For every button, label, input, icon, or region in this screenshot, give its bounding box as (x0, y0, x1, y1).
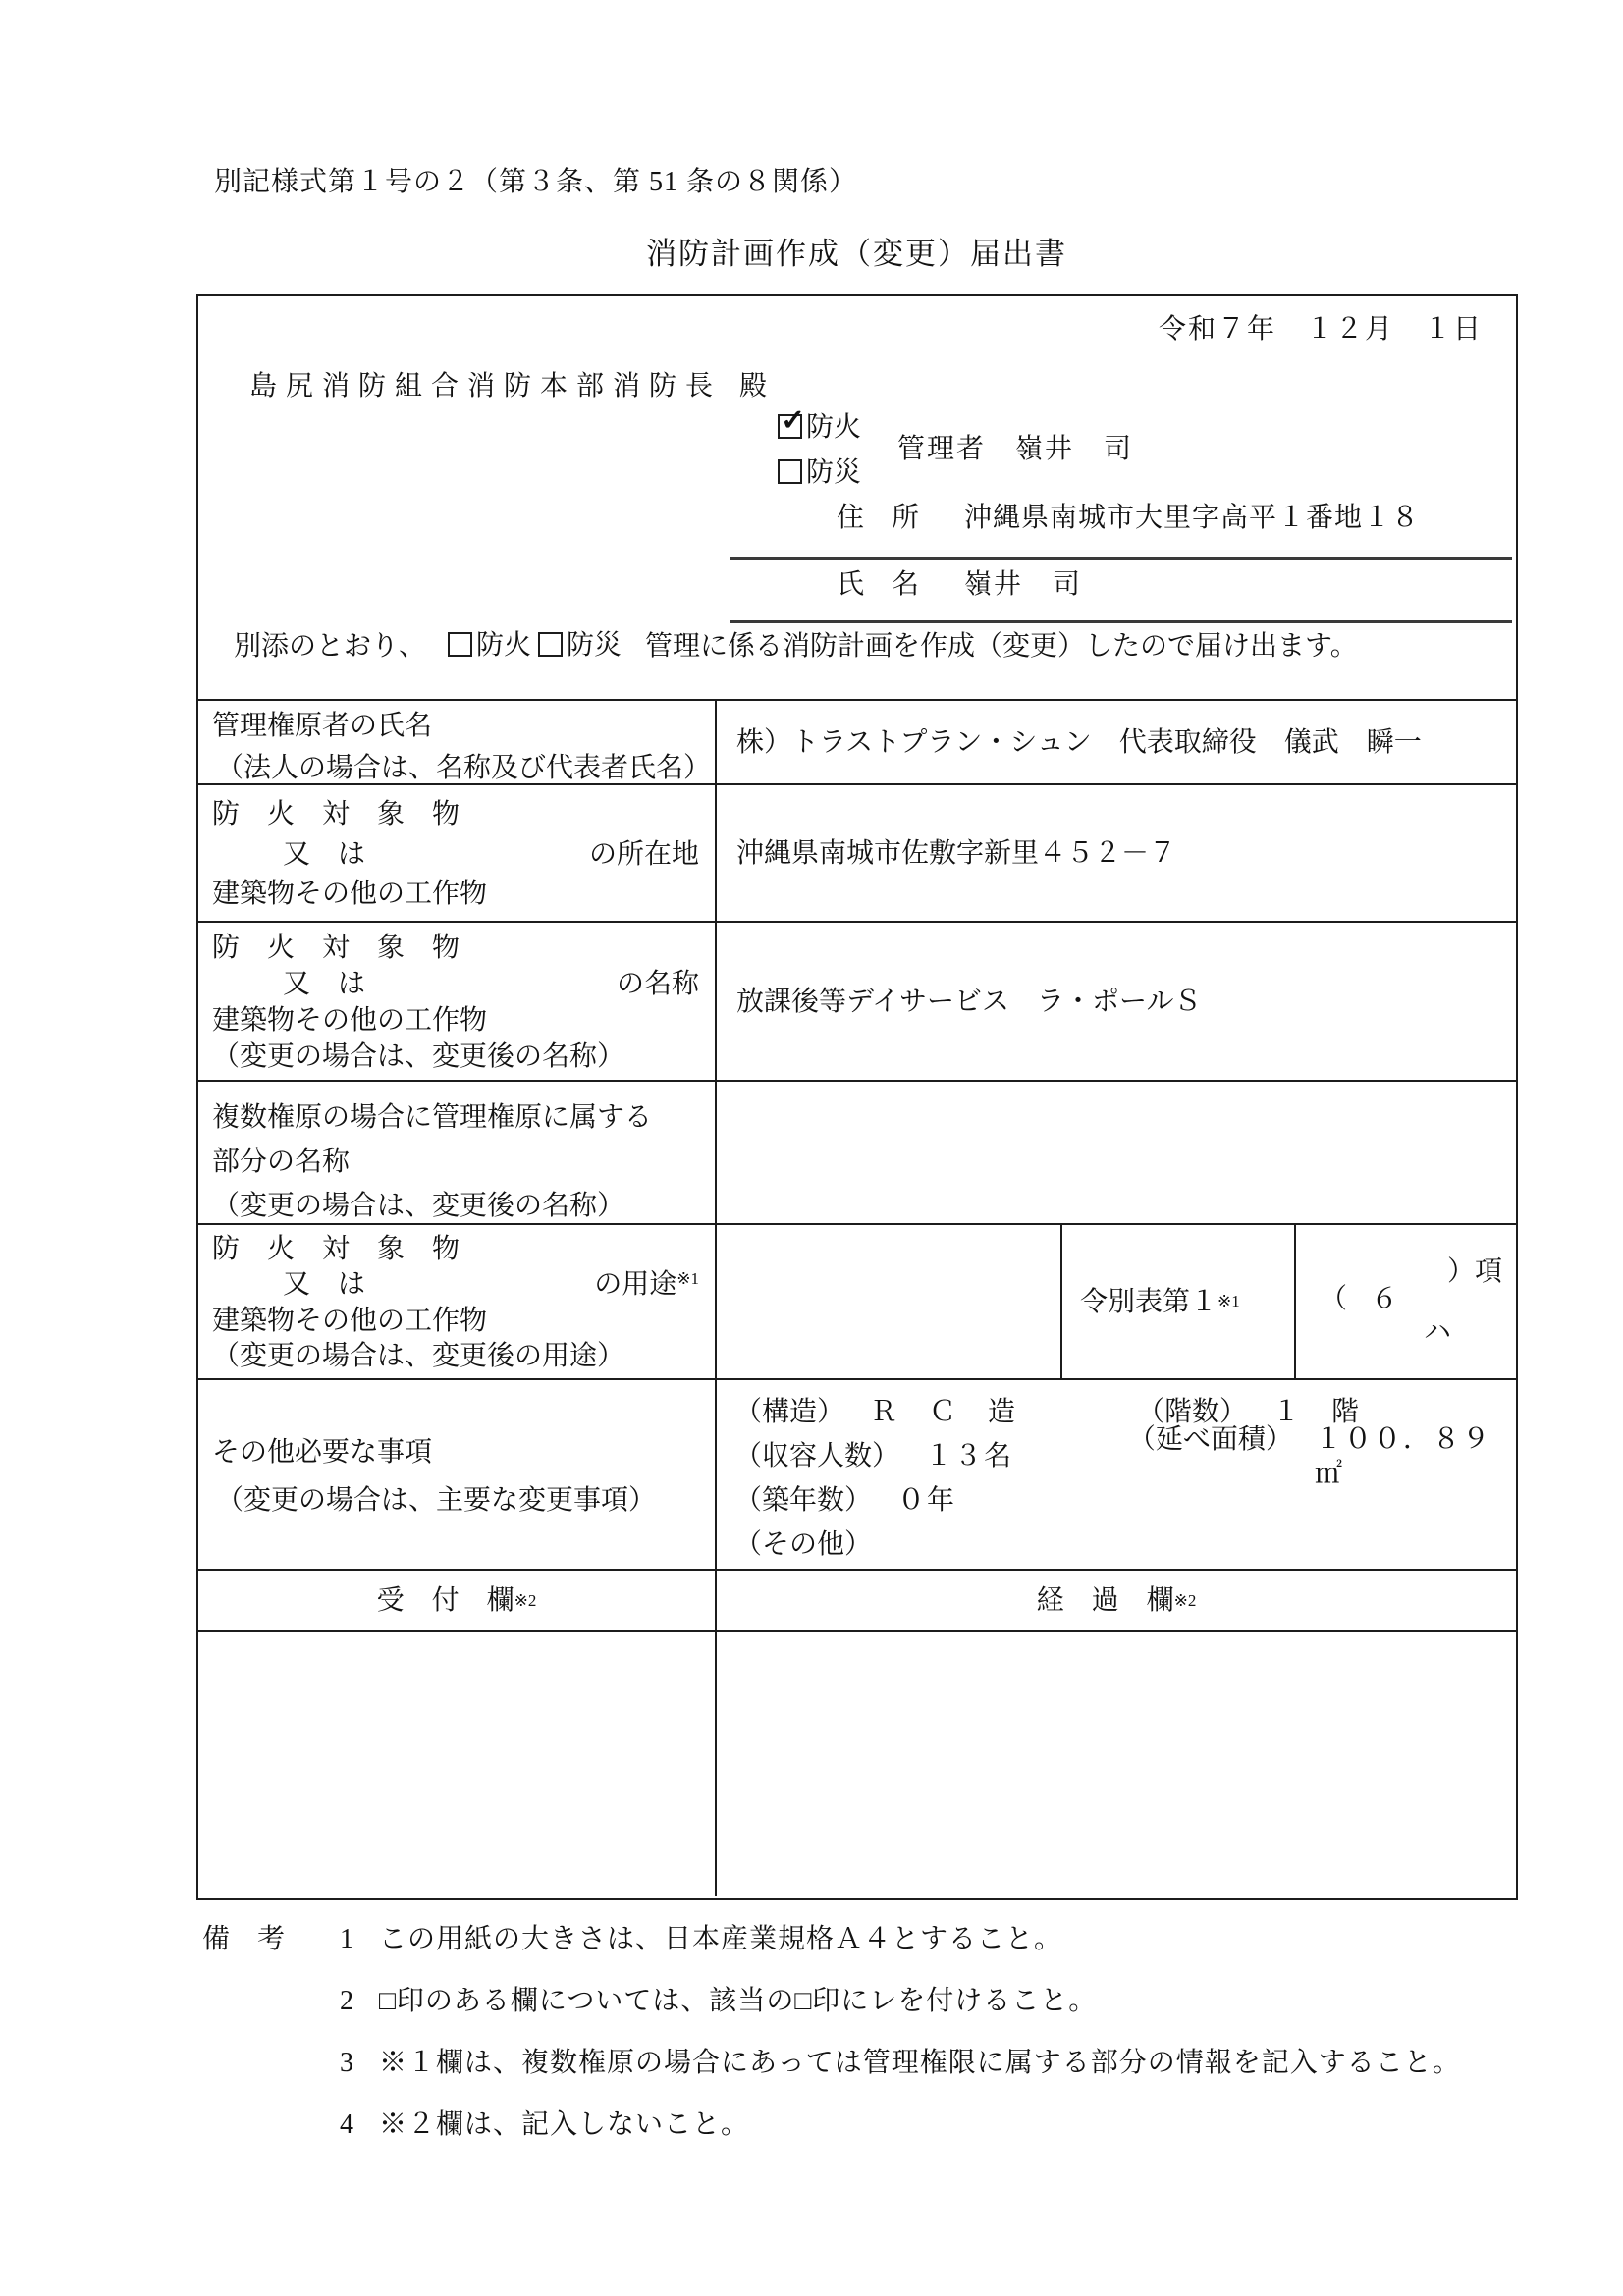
label-text: 建築物その他の工作物 (212, 1003, 705, 1038)
reference-mark: ※1 (1217, 1291, 1240, 1311)
remark-item: 3※１欄は、複数権原の場合にあっては管理権限に属する部分の情報を記入すること。 (202, 2046, 1461, 2080)
table-row-stamp-area (198, 1630, 1516, 1896)
label-text: の所在地 (589, 837, 705, 872)
page-title: 消防計画作成（変更）届出書 (196, 236, 1517, 274)
address-value: 沖縄県南城市大里字高平１番地１８ (964, 503, 1420, 533)
label-text: 建築物その他の工作物 (212, 877, 705, 911)
disaster-checkbox-line: 防災 (778, 455, 861, 501)
remark-item: 2□印のある欄については、該当の□印にレを付けること。 (202, 1984, 1461, 2018)
etc-fact: （その他） (734, 1527, 1137, 1562)
table-row-use: 防 火 対 象 物 又 は の用途※1 建築物その他の工作物 （変更の場合は、変… (198, 1223, 1516, 1378)
remark-text: □印のある欄については、該当の□印にレを付けること。 (379, 1984, 1097, 2018)
label-note: （変更の場合は、変更後の名称） (212, 1040, 705, 1074)
object-name-label: 防 火 対 象 物 又 は の名称 建築物その他の工作物 （変更の場合は、変更後… (198, 923, 717, 1080)
area-value: １００．８９㎡ (1315, 1422, 1516, 1491)
other-matters-label: その他必要な事項 （変更の場合は、主要な変更事項） (198, 1380, 717, 1569)
form-reference: 別記様式第１号の２（第３条、第 51 条の８関係） (214, 165, 857, 199)
progress-label: 経 過 欄 (1037, 1583, 1174, 1618)
object-name-value: 放課後等デイサービス ラ・ポールＳ (717, 923, 1516, 1080)
label-text: 防 火 対 象 物 (212, 931, 705, 965)
value-text: 株）トラストプラン・シュン 代表取締役 儀武 瞬一 (736, 725, 1422, 760)
remark-number: 1 (340, 1922, 379, 1956)
etc-label: （その他） (734, 1527, 872, 1562)
remark-number: 3 (340, 2046, 379, 2080)
item-subcategory: ハ (1424, 1315, 1451, 1350)
label-split-line: 又 は の用途※1 (212, 1267, 705, 1302)
value-text: 沖縄県南城市佐敷字新里４５２－７ (736, 836, 1176, 871)
addressee-name: 島尻消防組合消防本部消防長 (249, 371, 722, 401)
item-number: ６ (1371, 1282, 1398, 1316)
addressee: 島尻消防組合消防本部消防長殿 (249, 369, 776, 403)
form-table: 令和７年 １２月 １日 島尻消防組合消防本部消防長殿 ✓防火 防災 管理者 嶺井… (196, 294, 1518, 1900)
reception-label: 受 付 欄 (377, 1583, 514, 1618)
addressee-honorific: 殿 (739, 371, 776, 401)
table-row-other-matters: その他必要な事項 （変更の場合は、主要な変更事項） （構造）Ｒ Ｃ 造 （階数）… (198, 1378, 1516, 1569)
statement-checkboxes: 防火 防災 (448, 626, 622, 666)
label-text: 管理権原者の氏名 (212, 709, 705, 743)
label-note: （変更の場合は、変更後の用途） (212, 1339, 705, 1373)
use-label: 防 火 対 象 物 又 は の用途※1 建築物その他の工作物 （変更の場合は、変… (198, 1225, 717, 1378)
remark-item: 備 考1この用紙の大きさは、日本産業規格Ａ４とすること。 (202, 1922, 1461, 1956)
fact-line: （その他） (734, 1522, 1516, 1567)
label-text: 部分の名称 (212, 1140, 705, 1184)
building-age-fact: （築年数）０年 (734, 1483, 1137, 1518)
label-note: （変更の場合は、変更後の名称） (212, 1184, 705, 1228)
statement-line: 別添のとおり、 防火 防災 管理に係る消防計画を作成（変更）したので届け出ます。 (234, 626, 1358, 666)
structure-fact: （構造）Ｒ Ｃ 造 (734, 1395, 1137, 1429)
reception-area (198, 1632, 717, 1896)
location-label: 防 火 対 象 物 又 は の所在地 建築物その他の工作物 (198, 785, 717, 921)
statement-fire-line: 防火 (448, 630, 531, 661)
address-label: 住 所 (837, 503, 919, 533)
label-text: の名称 (617, 967, 705, 1001)
disaster-checkbox-label: 防災 (806, 457, 861, 488)
label-text-with-sup: の用途※1 (594, 1267, 705, 1302)
multiple-right-value (717, 1082, 1516, 1223)
manager-authority-label: 管理権原者の氏名 （法人の場合は、名称及び代表者氏名） (198, 701, 717, 783)
statement-fire-checkbox[interactable] (448, 632, 472, 657)
label-split-line: 又 は の所在地 (212, 837, 705, 872)
name-underline (730, 620, 1512, 623)
address-underline (730, 557, 1512, 560)
statement-disaster-line: 防災 (538, 630, 622, 661)
structure-label: （構造） (734, 1395, 844, 1429)
name-row: 氏 名嶺井 司 (837, 567, 1082, 602)
label-text: 又 は (212, 1267, 365, 1302)
ordinance-table-label: 令別表第１ (1080, 1285, 1217, 1319)
label-text: その他必要な事項 (212, 1435, 705, 1469)
remark-text: ※１欄は、複数権原の場合にあっては管理権限に属する部分の情報を記入すること。 (379, 2046, 1461, 2080)
item-paren-close: ）項 (1447, 1255, 1502, 1289)
label-text: 防 火 対 象 物 (212, 1232, 705, 1266)
name-value: 嶺井 司 (964, 569, 1082, 600)
progress-column-header: 経 過 欄※2 (717, 1571, 1516, 1630)
label-split-line: 又 は の名称 (212, 967, 705, 1001)
fire-checkbox-line: ✓防火 (778, 410, 861, 455)
reference-mark: ※1 (676, 1269, 699, 1288)
manager-name: 管理者 嶺井 司 (897, 432, 1133, 466)
label-text: 又 は (212, 837, 365, 872)
table-row-object-name: 防 火 対 象 物 又 は の名称 建築物その他の工作物 （変更の場合は、変更後… (198, 921, 1516, 1080)
ordinance-table-cell: 令別表第１※1 (1062, 1225, 1296, 1378)
remark-item: 4※２欄は、記入しないこと。 (202, 2108, 1461, 2142)
multiple-right-label: 複数権原の場合に管理権原に属する 部分の名称 （変更の場合は、変更後の名称） (198, 1082, 717, 1223)
statement-suffix: 管理に係る消防計画を作成（変更）したので届け出ます。 (645, 629, 1358, 664)
item-paren-open: （ (1320, 1282, 1347, 1316)
table-row-manager-authority: 管理権原者の氏名 （法人の場合は、名称及び代表者氏名） 株）トラストプラン・シュ… (198, 699, 1516, 783)
table-row-multiple-right: 複数権原の場合に管理権原に属する 部分の名称 （変更の場合は、変更後の名称） (198, 1080, 1516, 1223)
other-matters-value: （構造）Ｒ Ｃ 造 （階数）１ 階 （収容人数）１３名 （延べ面積）１００．８９… (717, 1380, 1516, 1569)
table-header-block: 令和７年 １２月 １日 島尻消防組合消防本部消防長殿 ✓防火 防災 管理者 嶺井… (198, 296, 1516, 699)
label-text: 建築物その他の工作物 (212, 1304, 705, 1338)
label-text: の用途 (594, 1269, 676, 1300)
building-age-label: （築年数） (734, 1483, 872, 1518)
capacity-value: １３名 (925, 1439, 1013, 1473)
disaster-checkbox[interactable] (778, 459, 802, 484)
value-text: 放課後等デイサービス ラ・ポールＳ (736, 985, 1201, 1019)
manager-type-checkboxes: ✓防火 防災 (778, 410, 861, 501)
table-row-location: 防 火 対 象 物 又 は の所在地 建築物その他の工作物 沖縄県南城市佐敷字新… (198, 783, 1516, 921)
statement-disaster-checkbox[interactable] (538, 632, 563, 657)
label-note: （法人の場合は、名称及び代表者氏名） (212, 751, 705, 785)
reception-column-header: 受 付 欄※2 (198, 1571, 717, 1630)
building-age-value: ０年 (897, 1483, 956, 1518)
remark-text: ※２欄は、記入しないこと。 (379, 2108, 749, 2142)
fire-checkbox-label: 防火 (806, 412, 861, 443)
label-note: （変更の場合は、主要な変更事項） (212, 1483, 705, 1518)
use-value-cell (717, 1225, 1062, 1378)
structure-value: Ｒ Ｃ 造 (870, 1395, 1017, 1429)
area-fact: （延べ面積）１００．８９㎡ (1128, 1422, 1516, 1491)
progress-area (717, 1632, 1516, 1896)
statement-disaster-label: 防災 (567, 630, 622, 661)
ordinance-item-cell: （ ６ ）項 ハ (1296, 1225, 1516, 1378)
issue-date: 令和７年 １２月 １日 (1159, 312, 1483, 347)
statement-prefix: 別添のとおり、 (234, 629, 426, 664)
label-text: 又 は (212, 967, 365, 1001)
fire-checkbox[interactable]: ✓ (778, 414, 802, 439)
remark-number: 4 (340, 2108, 379, 2142)
fact-line: （収容人数）１３名 （延べ面積）１００．８９㎡ (734, 1434, 1516, 1478)
remarks-heading: 備 考 (202, 1922, 304, 1956)
address-row: 住 所沖縄県南城市大里字高平１番地１８ (837, 501, 1420, 535)
capacity-fact: （収容人数）１３名 (734, 1439, 1128, 1473)
label-text: 複数権原の場合に管理権原に属する (212, 1095, 705, 1140)
location-value: 沖縄県南城市佐敷字新里４５２－７ (717, 785, 1516, 921)
name-label: 氏 名 (837, 569, 919, 600)
remarks-section: 備 考1この用紙の大きさは、日本産業規格Ａ４とすること。 2□印のある欄について… (202, 1922, 1461, 2169)
check-mark-icon: ✓ (781, 406, 805, 436)
remark-text: この用紙の大きさは、日本産業規格Ａ４とすること。 (379, 1922, 1062, 1956)
area-label: （延べ面積） (1128, 1422, 1289, 1491)
label-text: 防 火 対 象 物 (212, 797, 705, 831)
statement-fire-label: 防火 (476, 630, 531, 661)
remark-number: 2 (340, 1984, 379, 2018)
reference-mark: ※2 (1174, 1590, 1197, 1611)
capacity-label: （収容人数） (734, 1439, 899, 1473)
table-row-stamp-headers: 受 付 欄※2 経 過 欄※2 (198, 1569, 1516, 1630)
document-page: 別記様式第１号の２（第３条、第 51 条の８関係） 消防計画作成（変更）届出書 … (0, 0, 1623, 2296)
manager-authority-value: 株）トラストプラン・シュン 代表取締役 儀武 瞬一 (717, 701, 1516, 783)
reference-mark: ※2 (514, 1590, 537, 1611)
